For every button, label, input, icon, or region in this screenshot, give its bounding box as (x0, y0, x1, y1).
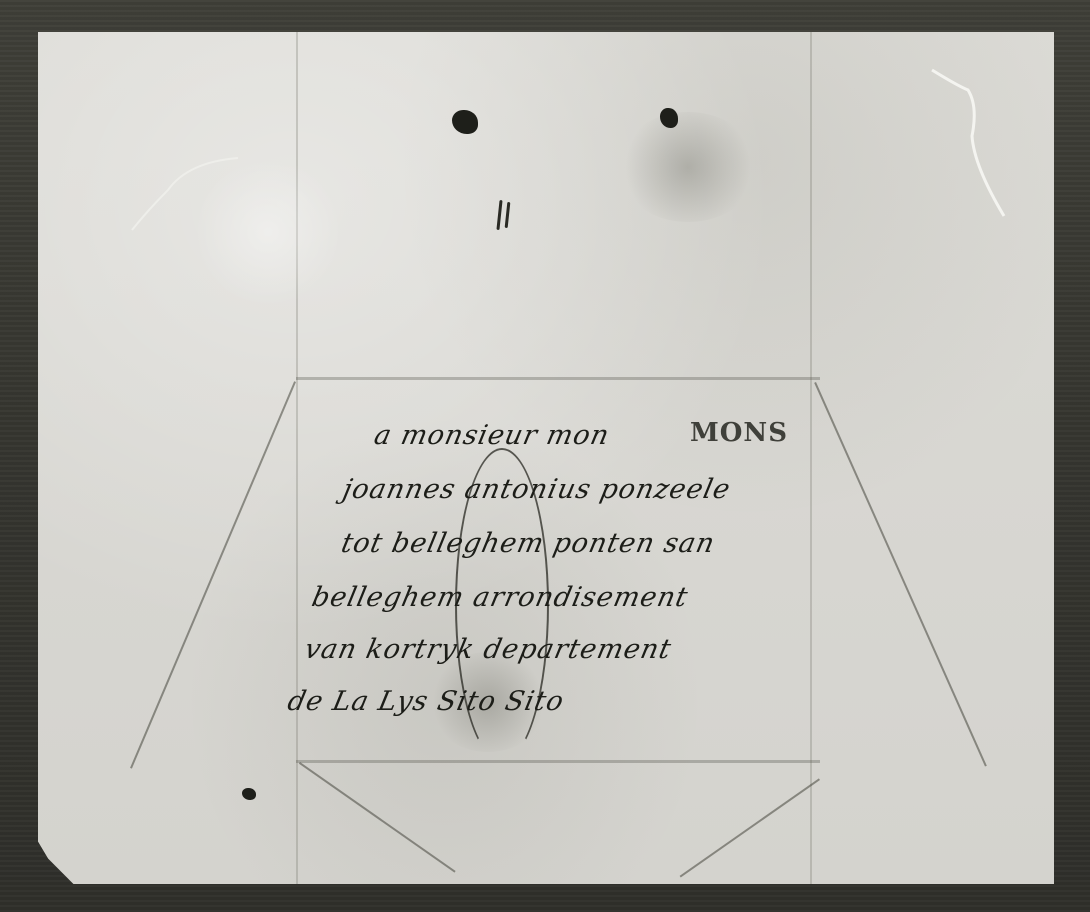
white-scratch (928, 66, 1018, 226)
stain (618, 112, 758, 222)
postmark-stamp: MONS (690, 418, 788, 448)
bottom-flap-edge-right (680, 778, 820, 877)
wax-seal-remnant-left (452, 110, 478, 134)
pencil-mark (505, 202, 511, 228)
ink-spot (242, 788, 256, 800)
bottom-flap-edge-left (299, 762, 456, 873)
flap-edge-right (814, 382, 987, 767)
address-line-6: de La Lys Sito Sito (285, 686, 567, 717)
flap-edge-left (130, 381, 296, 768)
address-line-4: belleghem arrondisement (309, 582, 691, 613)
address-line-1: a monsieur mon (371, 420, 612, 451)
fold-line-top (296, 377, 820, 380)
address-line-3: tot belleghem ponten san (338, 528, 718, 559)
pencil-mark (496, 200, 502, 230)
white-scratch (128, 150, 248, 240)
wax-seal-remnant-right (660, 108, 678, 128)
address-line-2: joannes antonius ponzeele (340, 474, 734, 505)
fold-line-right (810, 32, 812, 884)
fold-line-bottom (296, 760, 820, 763)
letter-sheet (38, 32, 1054, 884)
address-line-5: van kortryk departement (302, 634, 675, 665)
